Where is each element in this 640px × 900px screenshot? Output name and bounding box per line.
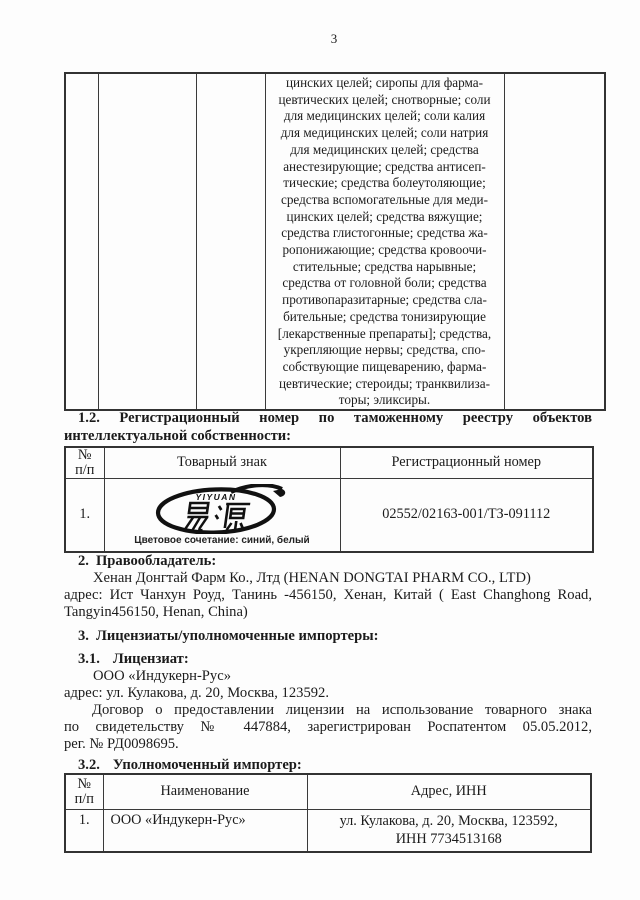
section-3-2-heading: 3.2.Уполномоченный импортер: (64, 757, 592, 774)
text-line: адрес: Ист Чанхун Роуд, Танинь -456150, … (64, 587, 592, 604)
section-3-2-number: 3.2. (78, 757, 100, 773)
goods-table-row: цинских целей; сиропы для фарма- цевтиче… (65, 73, 605, 410)
text-line: Tangyin456150, Henan, China) (64, 604, 592, 621)
rights-holder-address: адрес: Ист Чанхун Роуд, Танинь -456150, … (64, 587, 592, 621)
goods-list-cell: цинских целей; сиропы для фарма- цевтиче… (265, 73, 504, 410)
trademark-row-num: 1. (65, 478, 104, 552)
logo-latin-text: YIYUAN (195, 492, 236, 502)
goods-cell-empty-3 (196, 73, 265, 410)
column-header-name: Наименование (103, 774, 307, 809)
logo-swoosh-arrow (273, 489, 285, 497)
document-page: 3 цинских целей; сиропы для фарма- цевти… (0, 0, 640, 900)
goods-cell-empty-1 (65, 73, 98, 410)
column-header-num: № п/п (65, 447, 104, 478)
licensee-company: ООО «Индукерн-Рус» (64, 668, 592, 685)
goods-cell-empty-2 (98, 73, 196, 410)
column-header-addr: Адрес, ИНН (307, 774, 591, 809)
section-3-number: 3. (78, 628, 89, 644)
importer-table-row: 1. ООО «Индукерн-Рус» ул. Кулакова, д. 2… (65, 809, 591, 852)
trademark-logo-cell: YIYUAN (104, 478, 340, 552)
importer-row-num: 1. (65, 809, 103, 852)
importer-table-header: № п/п Наименование Адрес, ИНН (65, 774, 591, 809)
section-2-title: Правообладатель: (96, 553, 216, 569)
trademark-table: № п/п Товарный знак Регистрационный номе… (64, 446, 594, 553)
importer-row-name: ООО «Индукерн-Рус» (103, 809, 307, 852)
goods-table: цинских целей; сиропы для фарма- цевтиче… (64, 72, 606, 411)
section-2-heading: 2.Правообладатель: (64, 553, 592, 570)
goods-cell-empty-5 (504, 73, 605, 410)
section-3-2-title: Уполномоченный импортер: (113, 757, 302, 773)
logo-cjk-glyphs (184, 503, 250, 530)
section-3-heading: 3.Лицензиаты/уполномоченные импортеры: (64, 628, 592, 645)
section-3-1-number: 3.1. (78, 651, 100, 667)
licensee-address: адрес: ул. Кулакова, д. 20, Москва, 1235… (64, 685, 592, 702)
text-line: 1.2. Регистрационный номер по таможенном… (64, 410, 592, 428)
column-header-mark: Товарный знак (104, 447, 340, 478)
license-contract-paragraph: Договор о предоставлении лицензии на исп… (64, 702, 592, 753)
yiyuan-logo: YIYUAN (143, 484, 301, 534)
rights-holder-company: Хенан Донгтай Фарм Ко., Лтд (HENAN DONGT… (64, 570, 592, 587)
page-number: 3 (0, 31, 640, 47)
trademark-table-row: 1. YIYUAN (65, 478, 593, 552)
trademark-table-header: № п/п Товарный знак Регистрационный номе… (65, 447, 593, 478)
section-3-1-title: Лицензиат: (113, 651, 189, 667)
text-line: по свидетельству № 447884, зарегистриров… (64, 719, 592, 736)
importer-table: № п/п Наименование Адрес, ИНН 1. ООО «Ин… (64, 773, 592, 853)
section-3-1-heading: 3.1.Лицензиат: (64, 651, 592, 668)
text-line: интеллектуальной собственности: (64, 428, 592, 446)
text-line: Договор о предоставлении лицензии на исп… (64, 702, 592, 719)
column-header-reg: Регистрационный номер (340, 447, 593, 478)
trademark-reg-number: 02552/02163-001/ТЗ-091112 (340, 478, 593, 552)
logo-color-caption: Цветовое сочетание: синий, белый (105, 535, 340, 546)
section-1-2-heading: 1.2. Регистрационный номер по таможенном… (64, 410, 592, 445)
importer-row-address: ул. Кулакова, д. 20, Москва, 123592, ИНН… (307, 809, 591, 852)
column-header-num: № п/п (65, 774, 103, 809)
text-line: рег. № РД0098695. (64, 736, 592, 753)
section-2-number: 2. (78, 553, 89, 569)
section-3-title: Лицензиаты/уполномоченные импортеры: (96, 628, 379, 644)
